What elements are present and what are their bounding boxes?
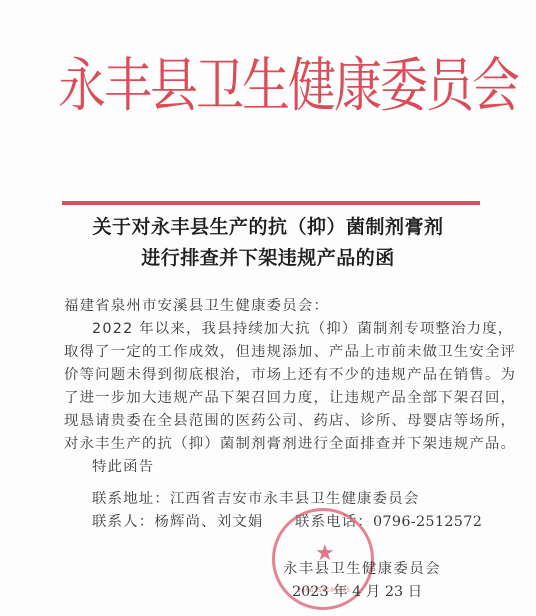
contact-person-value: 杨辉尚、刘文娟 xyxy=(154,514,263,530)
signature-date: 2023 年 4 月 23 日 xyxy=(292,580,422,601)
contact-person-label: 联系人： xyxy=(92,514,154,530)
letter-page: 永丰县卫生健康委员会 关于对永丰县生产的抗（抑）菌制剂膏剂 进行排查并下架违规产… xyxy=(0,0,536,616)
contact-phone-value: 0796-2512572 xyxy=(373,514,482,530)
contact-address-label: 联系地址： xyxy=(92,491,170,507)
signature-org: 永丰县卫生健康委员会 xyxy=(283,557,441,578)
paragraph-line: 现恳请贵委在全县范围的医药公司、药店、诊所、母婴店等场所， xyxy=(64,409,479,430)
masthead-title: 永丰县卫生健康委员会 xyxy=(58,40,482,133)
contact-address: 联系地址：江西省吉安市永丰县卫生健康委员会 xyxy=(92,487,507,508)
contact-address-value: 江西省吉安市永丰县卫生健康委员会 xyxy=(170,491,419,507)
subject-line-1: 关于对永丰县生产的抗（抑）菌制剂膏剂 xyxy=(40,212,496,239)
subject-line-2: 进行排查并下架违规产品的函 xyxy=(40,243,496,270)
paragraph-line: 2022 年以来，我县持续加大抗（抑）菌制剂专项整治力度， xyxy=(92,317,507,338)
closing-phrase: 特此函告 xyxy=(92,455,507,476)
paragraph-line: 价等问题未得到彻底根治，市场上还有不少的违规产品在销售。为 xyxy=(64,363,479,384)
paragraph-line: 对永丰生产的抗（抑）菌制剂膏剂进行全面排查并下架违规产品。 xyxy=(64,432,479,453)
paragraph-line: 取得了一定的工作成效，但违规添加、产品上市前未做卫生安全评 xyxy=(64,340,479,361)
red-divider-rule xyxy=(62,201,480,205)
addressee: 福建省泉州市安溪县卫生健康委员会： xyxy=(64,294,479,315)
paragraph-line: 了进一步加大违规产品下架召回力度，让违规产品全部下架召回， xyxy=(64,386,479,407)
